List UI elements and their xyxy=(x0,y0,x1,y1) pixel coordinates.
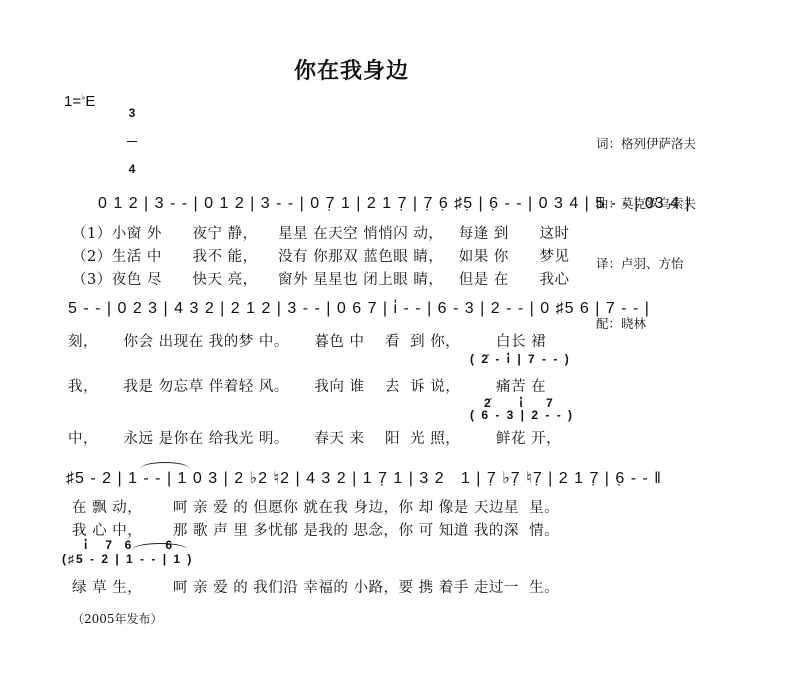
key-prefix: 1= xyxy=(64,93,81,110)
key-note: E xyxy=(85,93,95,110)
notation-line-2: 5 - - | 0 2 3 | 4 3 2 | 2 1 2 | 3 - - | … xyxy=(68,300,650,318)
publication-note: （2005年发布） xyxy=(72,610,163,627)
key-signature: 1=♭E xyxy=(64,92,95,110)
alt-notation-verse-2: ( 2̇ - i̇ | 7 - - ) xyxy=(470,352,571,366)
alt-notation-verse-3: ( 6 - 3 | 2 - - ) xyxy=(470,408,574,422)
lyric-line-3-verse-3: 绿 草 生， 呵 亲 爱 的 我们沿 幸福的 小路，要 携 着手 走过一 生。 xyxy=(72,576,559,597)
lyric-line-3-verse-1: 在 飘 动， 呵 亲 爱 的 但愿你 就在我 身边，你 却 像是 天边星 星。 xyxy=(72,496,559,517)
alt-notation-line-3: (♯5 - 2 | 1 - - | 1 ) xyxy=(62,552,193,566)
credit-lyricist: 词：格列伊萨洛夫 xyxy=(596,134,696,154)
lyric-line-2-verse-2: 我， 我是 勿忘草 伴着轻 风。 我向 谁 去 诉 说， 痛苦 在 xyxy=(68,375,546,396)
time-signature-top: 3 xyxy=(126,108,138,119)
lyric-line-2-verse-3: 中， 永远 是你在 给我光 明。 春天 来 阳 光 照， 鲜花 开， xyxy=(68,427,561,448)
notation-line-3: ♯5 - 2 | 1 - - | 1 0 3 | 2 ♭2 ♮2 | 4 3 2… xyxy=(66,468,662,488)
credit-translator: 译：卢羽、方怡 xyxy=(596,254,696,274)
lyric-line-1-verse-1: （1）小窗 外 夜宁 静， 星星 在天空 悄悄闪 动， 每逢 到 这时 xyxy=(72,222,569,243)
time-signature: 3 4 xyxy=(126,86,138,186)
lyric-line-2-verse-1: 刻， 你会 出现在 我的梦 中。 暮色 中 看 到 你， 白长 裙 xyxy=(68,330,546,351)
song-title: 你在我身边 xyxy=(294,54,409,85)
time-signature-bottom: 4 xyxy=(126,164,138,175)
lyric-line-1-verse-2: （2）生活 中 我不 能， 没有 你那双 蓝色眼 睛， 如果 你 梦见 xyxy=(72,245,569,266)
lyric-line-3-verse-2: 我 心 中， 那 歌 声 里 多忧郁 是我的 思念，你 可 知道 我的深 情。 xyxy=(72,519,559,540)
lyric-line-1-verse-3: （3）夜色 尽 快天 亮， 窗外 星星也 闭上眼 睛， 但是 在 我心 xyxy=(72,268,569,289)
notation-line-1: 0 1 2 | 3 - - | 0 1 2 | 3 - - | 0 7̣ 1 |… xyxy=(98,195,691,213)
alt-notation-line-3-upper: i̇ 7 6 6 xyxy=(84,538,174,552)
time-signature-divider xyxy=(127,141,137,142)
